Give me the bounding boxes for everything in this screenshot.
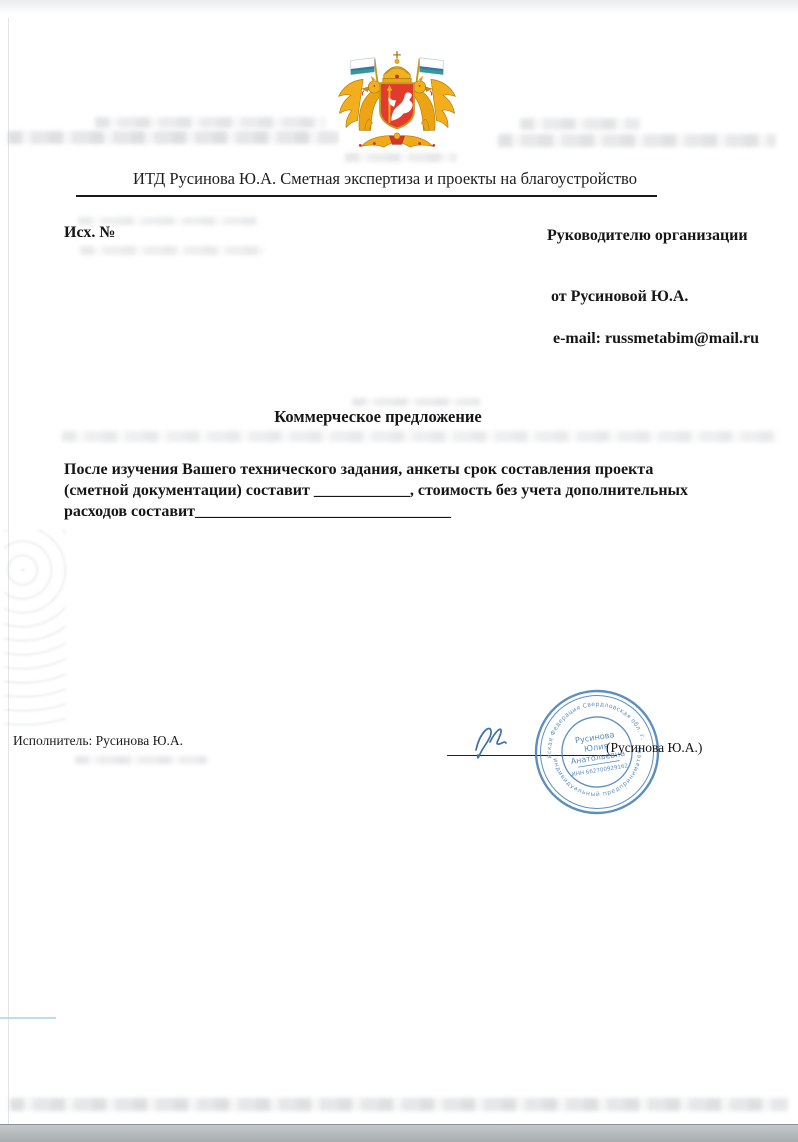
redacted-smudge [10, 1098, 788, 1111]
outgoing-number-label: Исх. № [64, 224, 115, 242]
redacted-smudge [352, 398, 480, 406]
stamp-inn: ИНН 662700929162 [571, 763, 628, 778]
redacted-smudge [345, 153, 457, 162]
recipient-line: Руководителю организации [547, 227, 748, 245]
body-line-2: (сметной документации) составит ________… [64, 480, 744, 501]
org-header-line: ИТД Русинова Ю.А. Сметная экспертиза и п… [0, 169, 770, 189]
redacted-smudge [75, 756, 207, 764]
redacted-smudge [62, 431, 778, 442]
sender-line: от Русиновой Ю.А. [551, 288, 688, 306]
scan-top-edge [0, 0, 798, 14]
scanned-letter-page: ИТД Русинова Ю.А. Сметная экспертиза и п… [0, 0, 798, 1142]
coat-of-arms-graphic [331, 48, 463, 156]
email-line: e-mail: russmetabim@mail.ru [553, 330, 759, 348]
header-rule [76, 195, 657, 197]
scan-blue-artifact [0, 1017, 56, 1019]
redacted-smudge [520, 118, 640, 130]
signature-caption: (Русинова Ю.А.) [606, 740, 702, 756]
scan-noise [4, 530, 66, 730]
redacted-smudge [80, 246, 265, 255]
redacted-smudge [498, 134, 776, 147]
scan-bottom-edge [0, 1124, 798, 1142]
document-title: Коммерческое предложение [0, 407, 756, 427]
body-line-1: После изучения Вашего технического задан… [64, 459, 744, 480]
executor-line: Исполнитель: Русинова Ю.А. [13, 733, 183, 749]
coat-of-arms [331, 48, 463, 156]
redacted-smudge [8, 131, 338, 144]
handwritten-signature [468, 722, 516, 769]
redacted-smudge [95, 117, 325, 128]
body-line-3: расходов составит_______________________… [64, 501, 744, 522]
body-paragraph: После изучения Вашего технического задан… [64, 459, 744, 522]
